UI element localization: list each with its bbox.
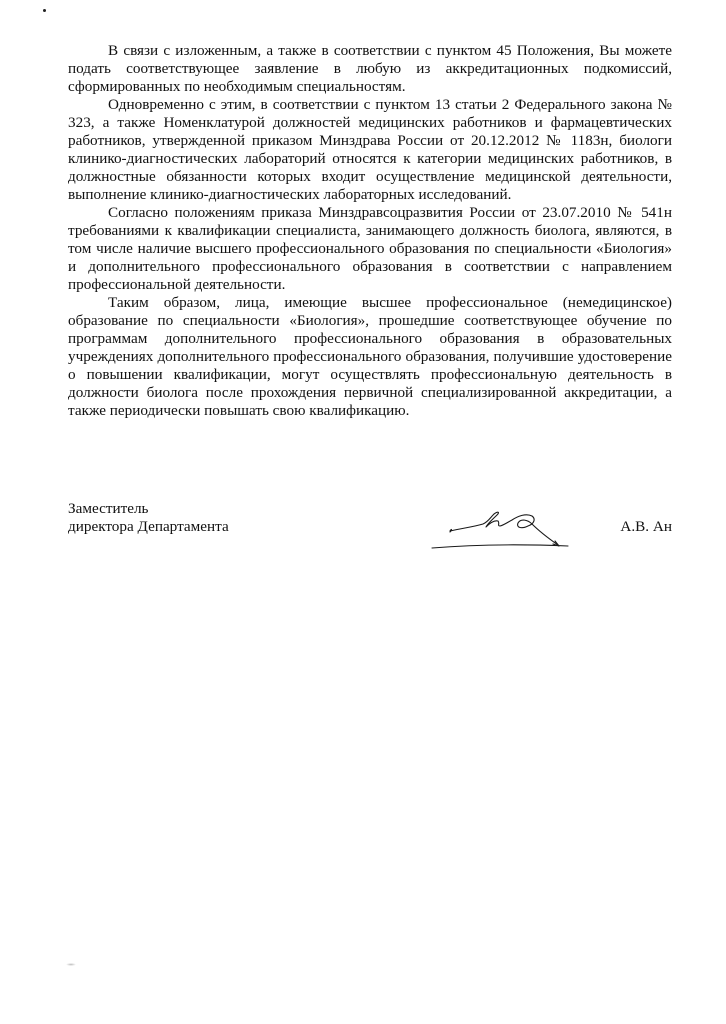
- signatory-title: Заместитель директора Департамента: [68, 500, 229, 536]
- signatory-title-line-1: Заместитель: [68, 500, 229, 518]
- handwritten-signature-icon: [428, 498, 578, 550]
- paragraph-order-541n: Согласно положениям приказа Минздравсоцр…: [68, 204, 672, 294]
- paragraph-federal-law-323: Одновременно с этим, в соответствии с пу…: [68, 96, 672, 204]
- paragraph-conclusion: Таким образом, лица, имеющие высшее проф…: [68, 294, 672, 420]
- letter-body: В связи с изложенным, а также в соответс…: [68, 42, 672, 420]
- signatory-name: А.В. Ан: [620, 518, 672, 536]
- scan-artifact-dot: [43, 9, 46, 12]
- scan-artifact-speck: [66, 963, 76, 966]
- signatory-title-line-2: директора Департамента: [68, 518, 229, 536]
- document-page: В связи с изложенным, а также в соответс…: [0, 0, 726, 1024]
- paragraph-accreditation-application: В связи с изложенным, а также в соответс…: [68, 42, 672, 96]
